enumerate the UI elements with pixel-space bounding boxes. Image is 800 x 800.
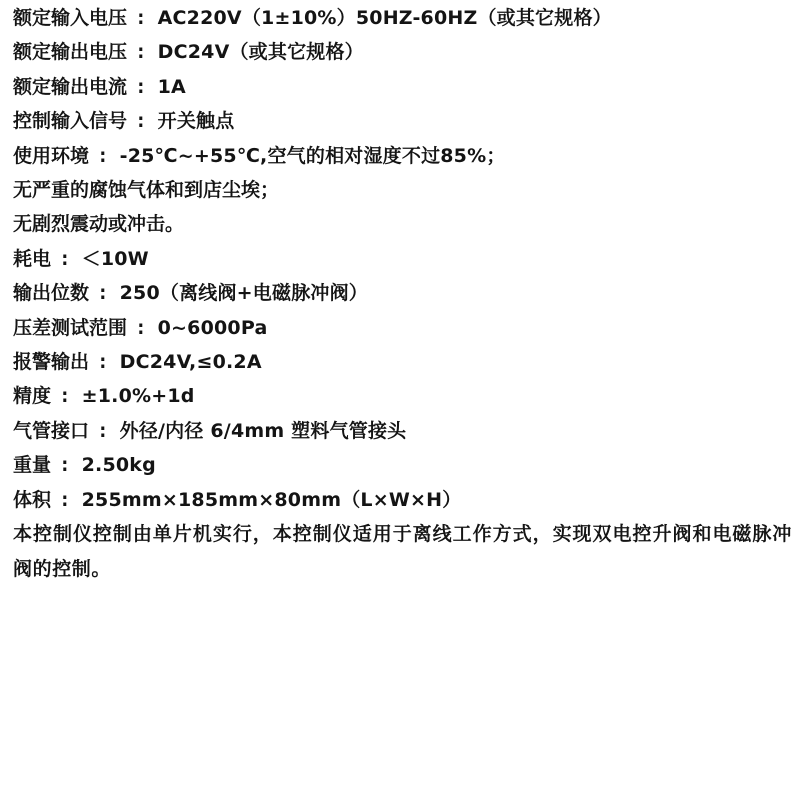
- spec-row-alarm-output: 报警输出:DC24V,≤0.2A: [13, 345, 792, 379]
- spec-value: DC24V,≤0.2A: [120, 351, 262, 373]
- spec-row-air-pipe-connector: 气管接口:外径/内径 6/4mm 塑料气管接头: [13, 414, 792, 448]
- spec-row-weight: 重量:2.50kg: [13, 448, 792, 482]
- spec-value: -25℃~+55℃,空气的相对湿度不过85%；: [120, 145, 506, 167]
- spec-value: 2.50kg: [82, 454, 156, 476]
- spec-colon: :: [61, 379, 68, 413]
- spec-label: 体积: [13, 489, 51, 511]
- spec-label: 额定输出电流: [13, 76, 127, 98]
- spec-label: 精度: [13, 385, 51, 407]
- spec-row-rated-output-current: 额定输出电流:1A: [13, 70, 792, 104]
- spec-value: 外径/内径 6/4mm 塑料气管接头: [120, 420, 407, 442]
- spec-value: 250（离线阀+电磁脉冲阀）: [120, 282, 368, 304]
- spec-value: ±1.0%+1d: [82, 385, 195, 407]
- spec-row-rated-output-voltage: 额定输出电压:DC24V（或其它规格）: [13, 35, 792, 69]
- spec-label: 压差测试范围: [13, 317, 127, 339]
- spec-label: 重量: [13, 454, 51, 476]
- spec-row-dimensions: 体积:255mm×185mm×80mm（L×W×H）: [13, 483, 792, 517]
- spec-row-output-digits: 输出位数:250（离线阀+电磁脉冲阀）: [13, 276, 792, 310]
- spec-label: 输出位数: [13, 282, 89, 304]
- spec-row-power-consumption: 耗电:＜10W: [13, 242, 792, 276]
- spec-colon: :: [99, 414, 106, 448]
- spec-colon: :: [137, 35, 144, 69]
- spec-value: ＜10W: [82, 248, 149, 270]
- environment-note-corrosive-gas: 无严重的腐蚀气体和到店尘埃；: [13, 173, 792, 207]
- spec-label: 额定输入电压: [13, 7, 127, 29]
- environment-note-vibration: 无剧烈震动或冲击。: [13, 207, 792, 241]
- description-paragraph: 本控制仪控制由单片机实行，本控制仪适用于离线工作方式，实现双电控升阀和电磁脉冲阀…: [13, 517, 792, 586]
- spec-colon: :: [137, 70, 144, 104]
- spec-row-rated-input-voltage: 额定输入电压:AC220V（1±10%）50HZ-60HZ（或其它规格）: [13, 1, 792, 35]
- spec-value: 255mm×185mm×80mm（L×W×H）: [82, 489, 462, 511]
- spec-value: 0~6000Pa: [158, 317, 268, 339]
- spec-row-pressure-test-range: 压差测试范围:0~6000Pa: [13, 311, 792, 345]
- spec-label: 额定输出电压: [13, 41, 127, 63]
- spec-value: 1A: [158, 76, 186, 98]
- spec-value: AC220V（1±10%）50HZ-60HZ（或其它规格）: [158, 7, 612, 29]
- spec-colon: :: [137, 1, 144, 35]
- spec-row-control-input-signal: 控制输入信号:开关触点: [13, 104, 792, 138]
- spec-colon: :: [99, 345, 106, 379]
- spec-colon: :: [61, 448, 68, 482]
- spec-colon: :: [61, 242, 68, 276]
- spec-label: 报警输出: [13, 351, 89, 373]
- spec-label: 耗电: [13, 248, 51, 270]
- spec-value: 开关触点: [158, 110, 235, 132]
- spec-colon: :: [61, 483, 68, 517]
- spec-colon: :: [137, 104, 144, 138]
- spec-label: 使用环境: [13, 145, 89, 167]
- spec-row-accuracy: 精度:±1.0%+1d: [13, 379, 792, 413]
- spec-document: 额定输入电压:AC220V（1±10%）50HZ-60HZ（或其它规格） 额定输…: [0, 0, 800, 800]
- spec-colon: :: [99, 139, 106, 173]
- spec-colon: :: [99, 276, 106, 310]
- spec-value: DC24V（或其它规格）: [158, 41, 364, 63]
- spec-row-operating-environment: 使用环境:-25℃~+55℃,空气的相对湿度不过85%；: [13, 139, 792, 173]
- spec-label: 气管接口: [13, 420, 89, 442]
- spec-label: 控制输入信号: [13, 110, 127, 132]
- spec-colon: :: [137, 311, 144, 345]
